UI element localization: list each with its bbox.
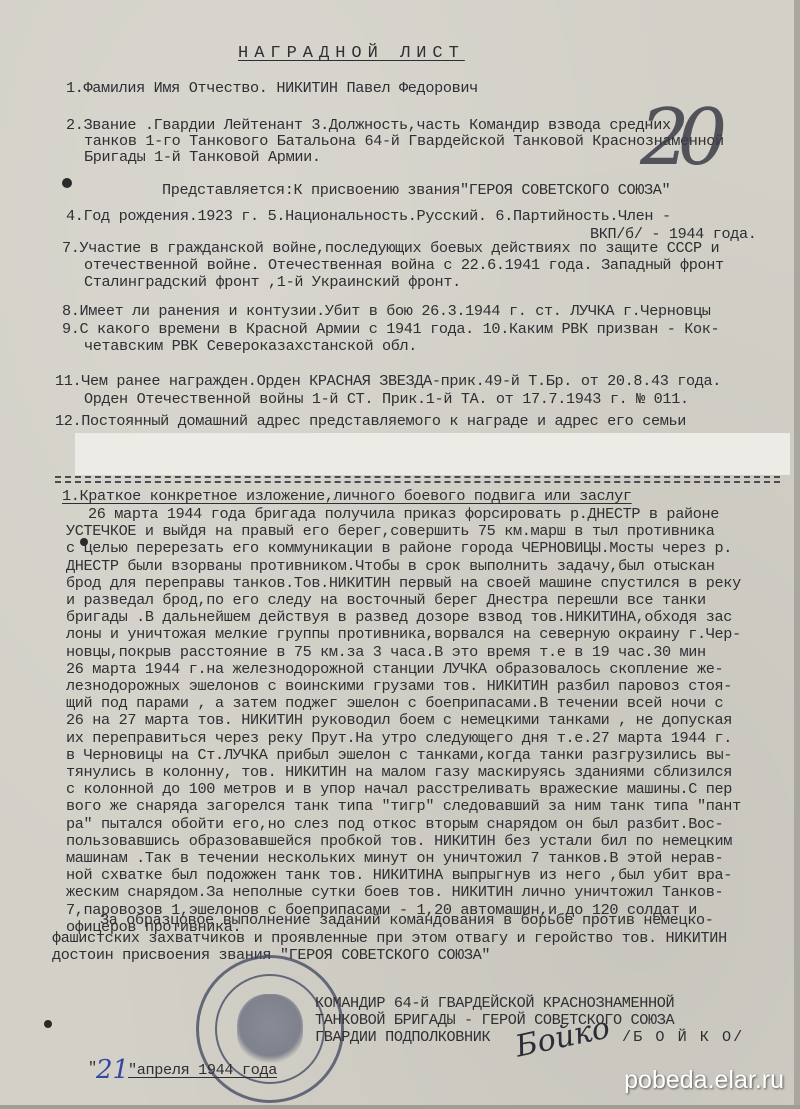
document-page: НАГРАДНОЙ ЛИСТ 1.Фамилия Имя Отчество. Н…	[0, 0, 800, 1109]
narrative-line: 26 марта 1944 г.на железнодорожной станц…	[66, 661, 723, 678]
field-previous-awards: 11.Чем ранее награжден.Орден КРАСНАЯ ЗВЕ…	[55, 373, 721, 390]
narrative-line: брод для переправы танков.Тов.НИКИТИН пе…	[66, 575, 741, 592]
field-home-address: 12.Постоянный домашний адрес представляе…	[55, 413, 686, 430]
signature-line-1: КОМАНДИР 64-й ГВАРДЕЙСКОЙ КРАСНОЗНАМЕННО…	[315, 995, 674, 1012]
presented-for: Представляется:К присвоению звания"ГЕРОЯ…	[162, 182, 670, 199]
narrative-line: в Черновицы на Ст.ЛУЧКА прибыл эшелон с …	[66, 747, 732, 764]
narrative-line: их переправиться через реку Прут.На утро…	[66, 730, 732, 747]
narrative-line: ной схватке был подожжен танк тов. НИКИТ…	[66, 867, 732, 884]
conclusion-line: За образцовое выполнение заданий командо…	[100, 912, 713, 929]
narrative-line: 26 марта 1944 года бригада получила прик…	[88, 506, 719, 523]
narrative-line: УСТЕЧКОЕ и выйдя на правый его берег,сов…	[66, 523, 715, 540]
conclusion-line: фашистских захватчиков и проявленные при…	[52, 930, 727, 947]
field-previous-awards-cont: Орден Отечественной войны 1-й СТ. Прик.1…	[84, 391, 689, 408]
date-month-year: "апреля 1944 года	[128, 1062, 277, 1079]
field-wounds: 8.Имеет ли ранения и контузии.Убит в бою…	[62, 303, 711, 320]
narrative-line: 26 на 27 марта тов. НИКИТИН руководил бо…	[66, 712, 732, 729]
field-full-name: 1.Фамилия Имя Отчество. НИКИТИН Павел Фе…	[66, 80, 478, 97]
narrative-line: с целью перерезать его коммуникации в ра…	[66, 540, 732, 557]
narrative-line: вого же снаряда загорелся танк типа "тиг…	[66, 798, 741, 815]
narrative-heading: 1.Краткое конкретное изложение,личного б…	[62, 488, 632, 505]
punch-hole	[44, 1020, 52, 1028]
field-war-participation: 7.Участие в гражданской войне,последующи…	[62, 240, 719, 257]
narrative-line: с колонной до 100 метров и в упор начал …	[66, 781, 732, 798]
document-title: НАГРАДНОЙ ЛИСТ	[238, 44, 465, 63]
narrative-line: бригады .В дальнейшем действуя в развед …	[66, 609, 732, 626]
narrative-line: ра" пытался обойти его,но слез под откос…	[66, 816, 723, 833]
field-position-cont: Бригады 1-й Танковой Армии.	[84, 149, 321, 166]
narrative-line: ДНЕСТР были взорваны противником.Чтобы в…	[66, 558, 715, 575]
field-war-participation-cont: Сталинградский фронт ,1-й Украинский фро…	[84, 274, 461, 291]
narrative-line: тянулись в колонну, тов. НИКИТИН на мало…	[66, 764, 732, 781]
signature-line-2: ТАНКОВОЙ БРИГАДЫ - ГЕРОЙ СОВЕТСКОГО СОЮЗ…	[315, 1012, 674, 1029]
field-service-cont: четавским РВК Североказахстанской обл.	[84, 338, 417, 355]
narrative-line: лоны и уничтожая мелкие группы противник…	[66, 626, 741, 643]
dashed-separator	[55, 476, 780, 478]
dashed-separator	[55, 481, 780, 483]
state-emblem-icon	[237, 994, 303, 1064]
narrative-line: жеским снарядом.За неполные сутки боев т…	[66, 884, 723, 901]
field-service-since: 9.С какого времени в Красной Армии с 194…	[62, 321, 719, 338]
narrative-line: новцы,покрыв расстояние в 75 км.за 3 час…	[66, 644, 706, 661]
redacted-address	[75, 433, 790, 475]
narrative-line: и разведал брод,по его следу на восточны…	[66, 592, 706, 609]
handwritten-number: 20	[640, 98, 715, 178]
punch-hole	[62, 178, 72, 188]
watermark: pobeda.elar.ru	[624, 1066, 784, 1095]
field-war-participation-cont: отечественной войне. Отечественная война…	[84, 257, 724, 274]
page-edge	[0, 1105, 800, 1109]
signer-name: /Б О Й К О/	[622, 1029, 744, 1046]
narrative-line: пользовавшись образовавшейся пробкой тов…	[66, 833, 732, 850]
date-day-handwritten: 21	[96, 1055, 129, 1085]
narrative-line: лезнодорожных эшелонов с воинскими груза…	[66, 678, 732, 695]
signature-line-3: ГВАРДИИ ПОДПОЛКОВНИК	[315, 1029, 490, 1046]
page-edge	[794, 0, 800, 1109]
narrative-line: машинам .Так в течении нескольких минут …	[66, 850, 723, 867]
narrative-line: щий под парами , а затем поджег эшелон с…	[66, 695, 723, 712]
field-birth-nationality-party: 4.Год рождения.1923 г. 5.Национальность.…	[66, 208, 671, 225]
